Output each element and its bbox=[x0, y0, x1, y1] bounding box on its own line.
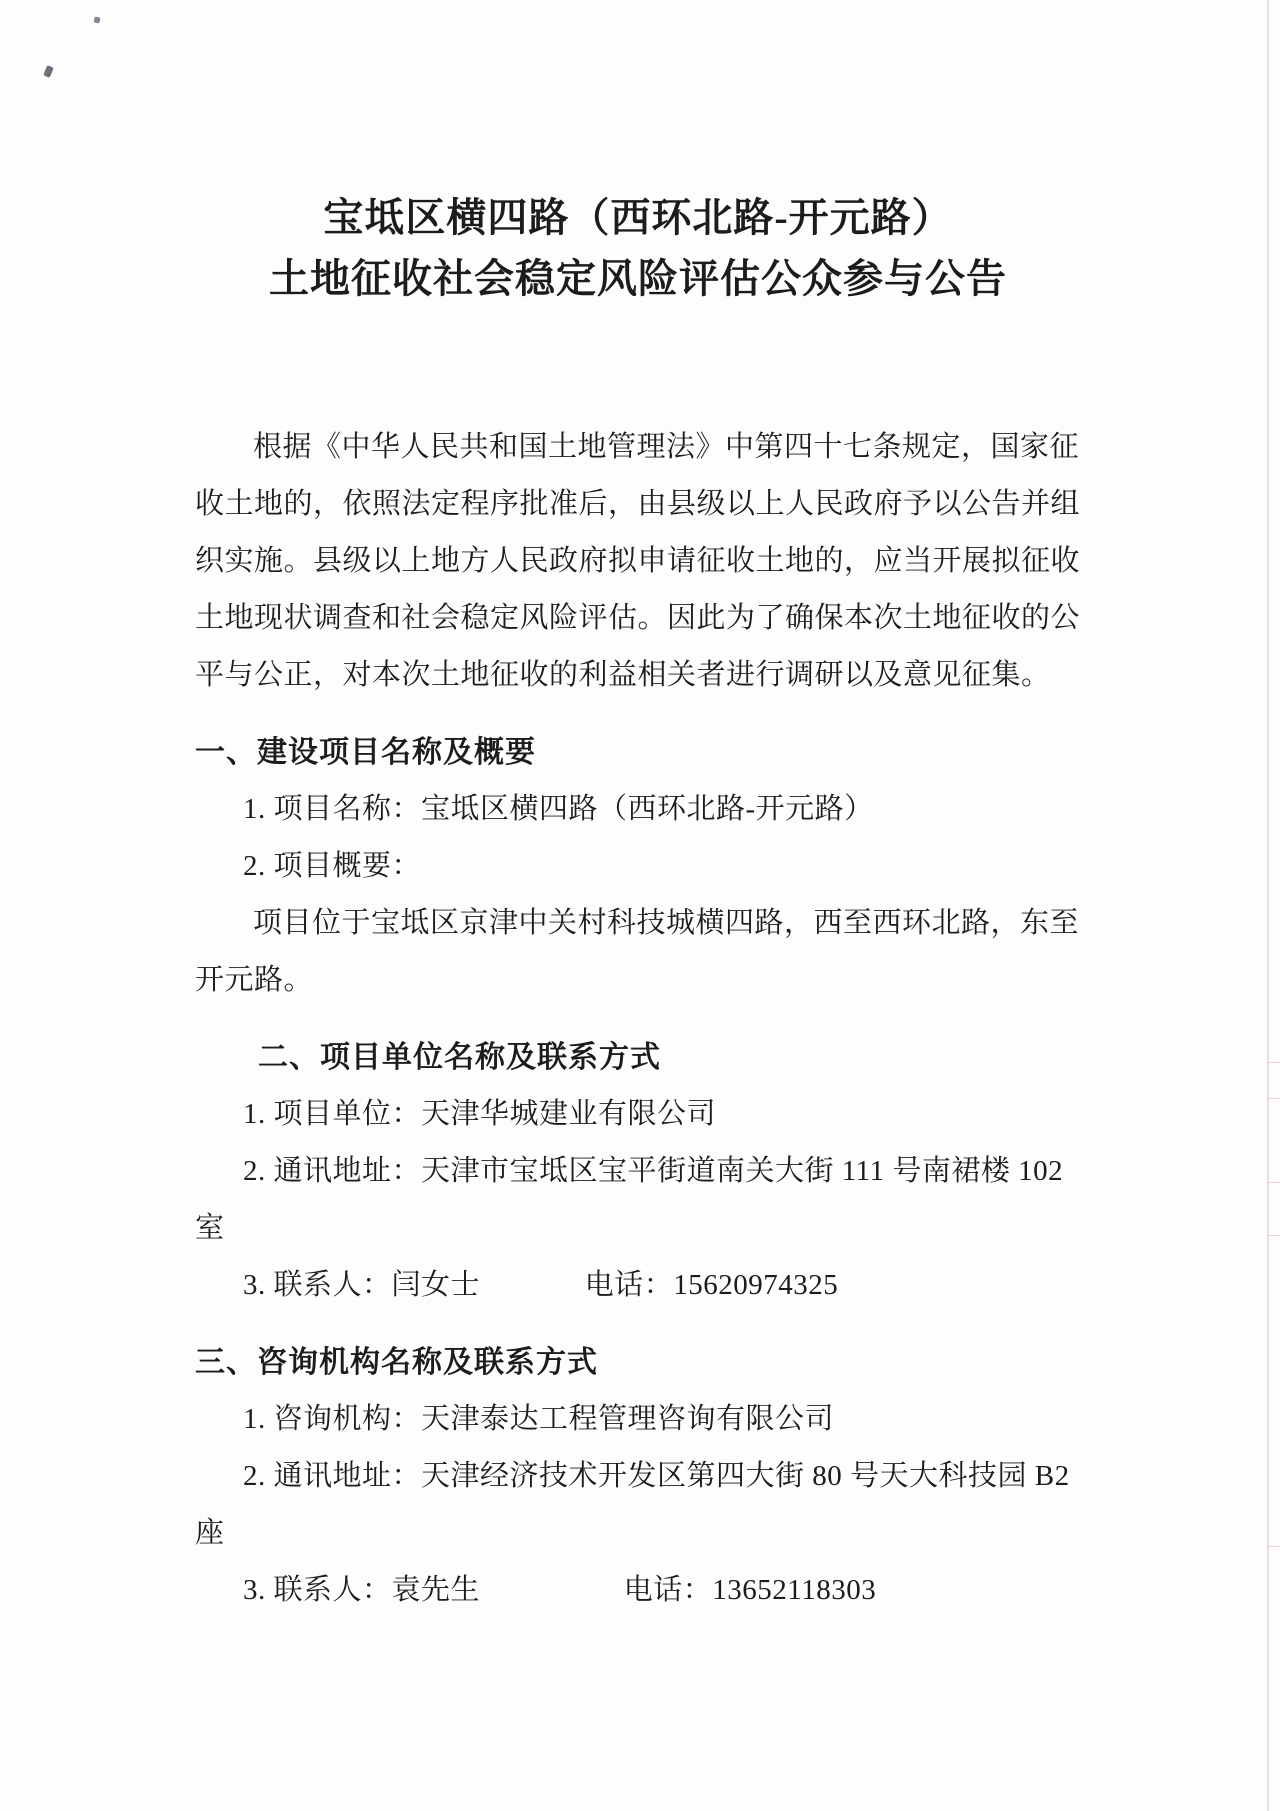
scan-edge-tick bbox=[1267, 1235, 1280, 1236]
section-3-item-address-line-1: 2. 通讯地址：天津经济技术开发区第四大街 80 号天大科技园 B2 bbox=[195, 1448, 1081, 1505]
section-1-summary-line-1: 项目位于宝坻区京津中关村科技城横四路，西至西环北路，东至 bbox=[195, 895, 1081, 952]
scan-edge-line bbox=[1267, 0, 1269, 1811]
section-project-unit: 二、项目单位名称及联系方式 1. 项目单位：天津华城建业有限公司 2. 通讯地址… bbox=[195, 1029, 1081, 1314]
scanned-document-page: 宝坻区横四路（西环北路-开元路） 土地征收社会稳定风险评估公众参与公告 根据《中… bbox=[0, 0, 1280, 1811]
document-content: 宝坻区横四路（西环北路-开元路） 土地征收社会稳定风险评估公众参与公告 根据《中… bbox=[195, 196, 1081, 1619]
document-title-line-2: 土地征收社会稳定风险评估公众参与公告 bbox=[195, 257, 1081, 301]
scan-speck bbox=[43, 65, 54, 78]
section-2-item-unit: 1. 项目单位：天津华城建业有限公司 bbox=[195, 1086, 1081, 1143]
intro-line-1: 根据《中华人民共和国土地管理法》中第四十七条规定，国家征 bbox=[195, 419, 1081, 476]
section-3-item-agency: 1. 咨询机构：天津泰达工程管理咨询有限公司 bbox=[195, 1391, 1081, 1448]
section-2-item-contact: 3. 联系人：闫女士 电话：15620974325 bbox=[195, 1257, 1081, 1314]
intro-paragraph: 根据《中华人民共和国土地管理法》中第四十七条规定，国家征 收土地的，依照法定程序… bbox=[195, 419, 1081, 704]
section-consulting-agency: 三、咨询机构名称及联系方式 1. 咨询机构：天津泰达工程管理咨询有限公司 2. … bbox=[195, 1334, 1081, 1619]
intro-line-2: 收土地的，依照法定程序批准后，由县级以上人民政府予以公告并组 bbox=[195, 476, 1081, 533]
scan-edge-tick bbox=[1267, 1546, 1280, 1547]
intro-line-3: 织实施。县级以上地方人民政府拟申请征收土地的，应当开展拟征收 bbox=[195, 533, 1081, 590]
section-1-item-project-name: 1. 项目名称：宝坻区横四路（西环北路-开元路） bbox=[195, 781, 1081, 838]
section-3-heading: 三、咨询机构名称及联系方式 bbox=[195, 1334, 1081, 1391]
scan-edge-tick bbox=[1267, 1062, 1280, 1063]
contact-phone: 电话：15620974325 bbox=[585, 1269, 839, 1301]
section-2-item-address-line-2: 室 bbox=[195, 1200, 1081, 1257]
section-2-heading: 二、项目单位名称及联系方式 bbox=[195, 1029, 1081, 1086]
section-2-item-address-line-1: 2. 通讯地址：天津市宝坻区宝平街道南关大街 111 号南裙楼 102 bbox=[195, 1143, 1081, 1200]
contact-person: 3. 联系人：袁先生 bbox=[243, 1574, 480, 1606]
contact-person: 3. 联系人：闫女士 bbox=[243, 1269, 480, 1301]
section-1-summary-line-2: 开元路。 bbox=[195, 952, 1081, 1009]
intro-line-5: 平与公正，对本次土地征收的利益相关者进行调研以及意见征集。 bbox=[195, 647, 1081, 704]
section-1-item-project-summary: 2. 项目概要： bbox=[195, 838, 1081, 895]
contact-phone: 电话：13652118303 bbox=[624, 1574, 876, 1606]
intro-line-4: 土地现状调查和社会稳定风险评估。因此为了确保本次土地征收的公 bbox=[195, 590, 1081, 647]
scan-edge-tick bbox=[1267, 1182, 1280, 1183]
section-project-overview: 一、建设项目名称及概要 1. 项目名称：宝坻区横四路（西环北路-开元路） 2. … bbox=[195, 724, 1081, 1009]
section-3-item-contact: 3. 联系人：袁先生 电话：13652118303 bbox=[195, 1562, 1081, 1619]
section-3-item-address-line-2: 座 bbox=[195, 1505, 1081, 1562]
section-1-heading: 一、建设项目名称及概要 bbox=[195, 724, 1081, 781]
scan-edge-tick bbox=[1267, 1098, 1280, 1099]
scan-speck bbox=[93, 16, 100, 23]
document-title-line-1: 宝坻区横四路（西环北路-开元路） bbox=[195, 196, 1081, 240]
